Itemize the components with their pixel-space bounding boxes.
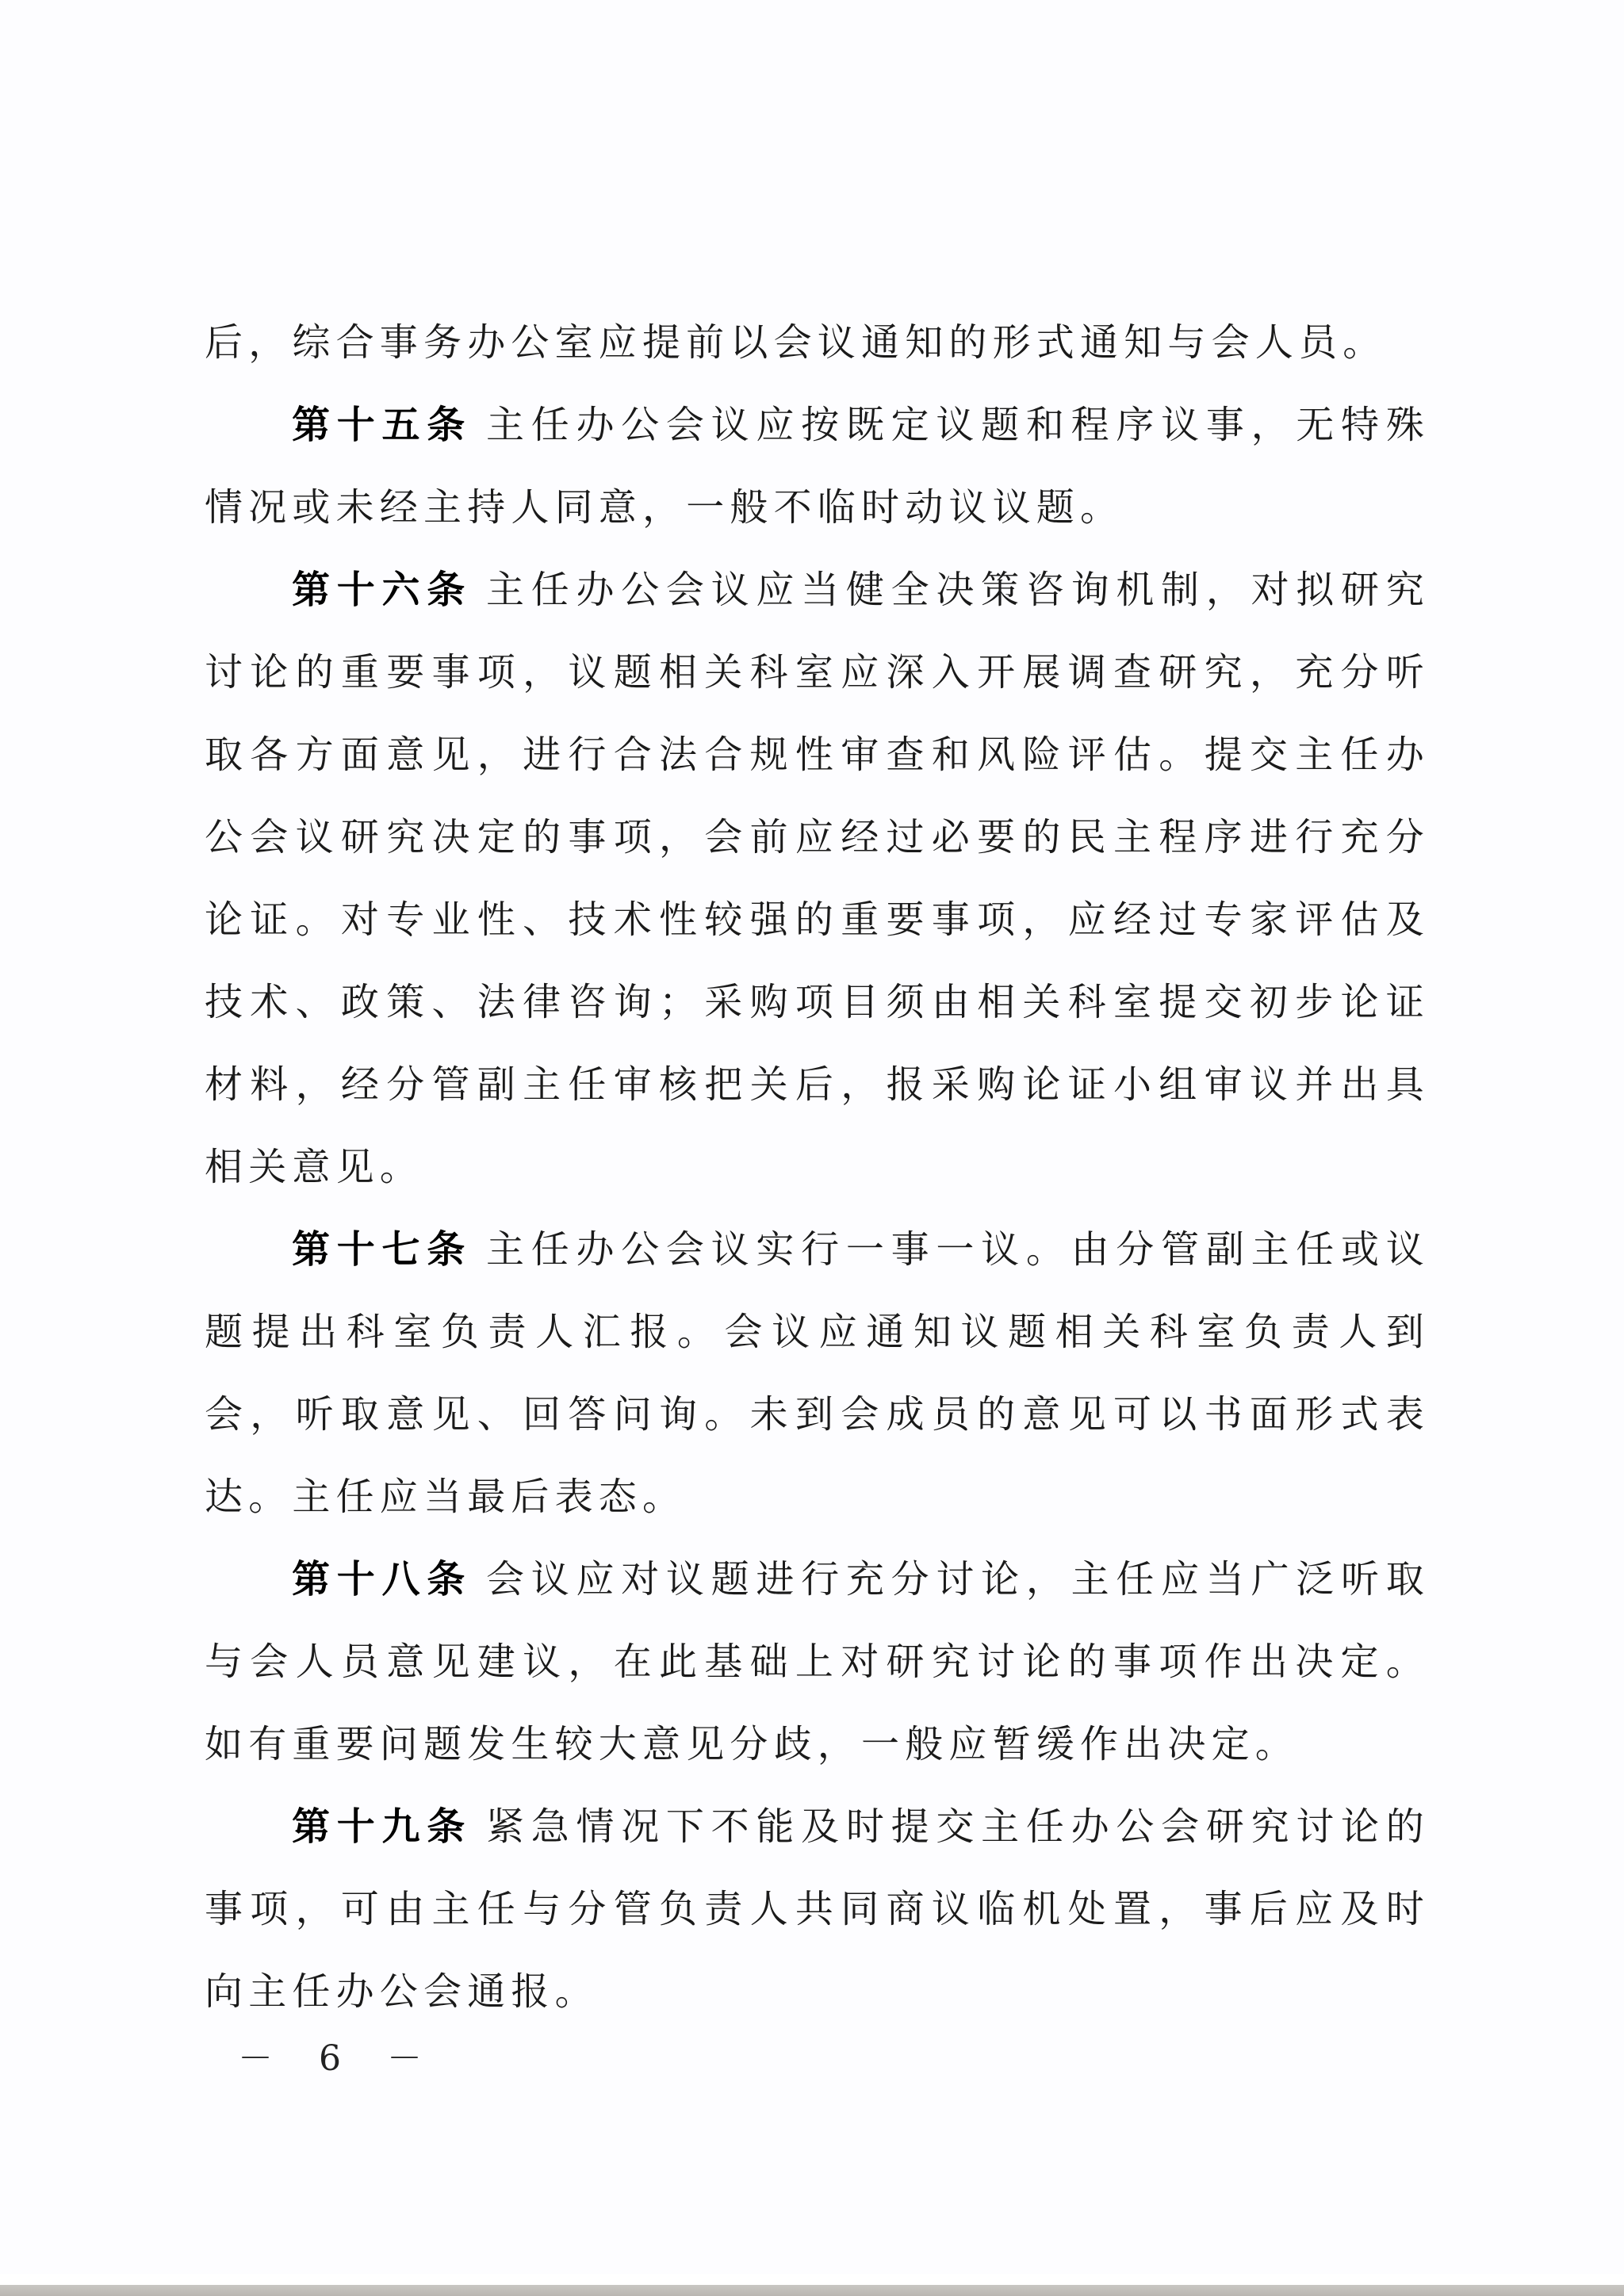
article-15: 第十五条主任办公会议应按既定议题和程序议事，无特殊情况或未经主持人同意，一般不临… [205, 384, 1430, 549]
article-16: 第十六条主任办公会议应当健全决策咨询机制，对拟研究讨论的重要事项，议题相关科室应… [205, 549, 1430, 1208]
scanner-edge-strip [0, 2285, 1624, 2296]
article-number: 第十九条 [292, 1804, 472, 1849]
page-number: － 6 － [238, 2030, 439, 2080]
article-number: 第十六条 [292, 568, 472, 612]
continued-paragraph: 后，综合事务办公室应提前以会议通知的形式通知与会人员。 [205, 301, 1430, 384]
article-number: 第十八条 [292, 1557, 472, 1601]
document-page: 后，综合事务办公室应提前以会议通知的形式通知与会人员。 第十五条主任办公会议应按… [0, 0, 1624, 2274]
article-number: 第十五条 [292, 403, 472, 447]
document-body: 后，综合事务办公室应提前以会议通知的形式通知与会人员。 第十五条主任办公会议应按… [205, 301, 1430, 2033]
article-text: 主任办公会议应当健全决策咨询机制，对拟研究讨论的重要事项，议题相关科室应深入开展… [205, 568, 1430, 1189]
paragraph-text: 后，综合事务办公室应提前以会议通知的形式通知与会人员。 [205, 320, 1386, 365]
article-19: 第十九条紧急情况下不能及时提交主任办公会研究讨论的事项，可由主任与分管负责人共同… [205, 1785, 1430, 2033]
article-17: 第十七条主任办公会议实行一事一议。由分管副主任或议题提出科室负责人汇报。会议应通… [205, 1208, 1430, 1538]
article-18: 第十八条会议应对议题进行充分讨论，主任应当广泛听取与会人员意见建议，在此基础上对… [205, 1538, 1430, 1785]
article-number: 第十七条 [292, 1227, 472, 1272]
